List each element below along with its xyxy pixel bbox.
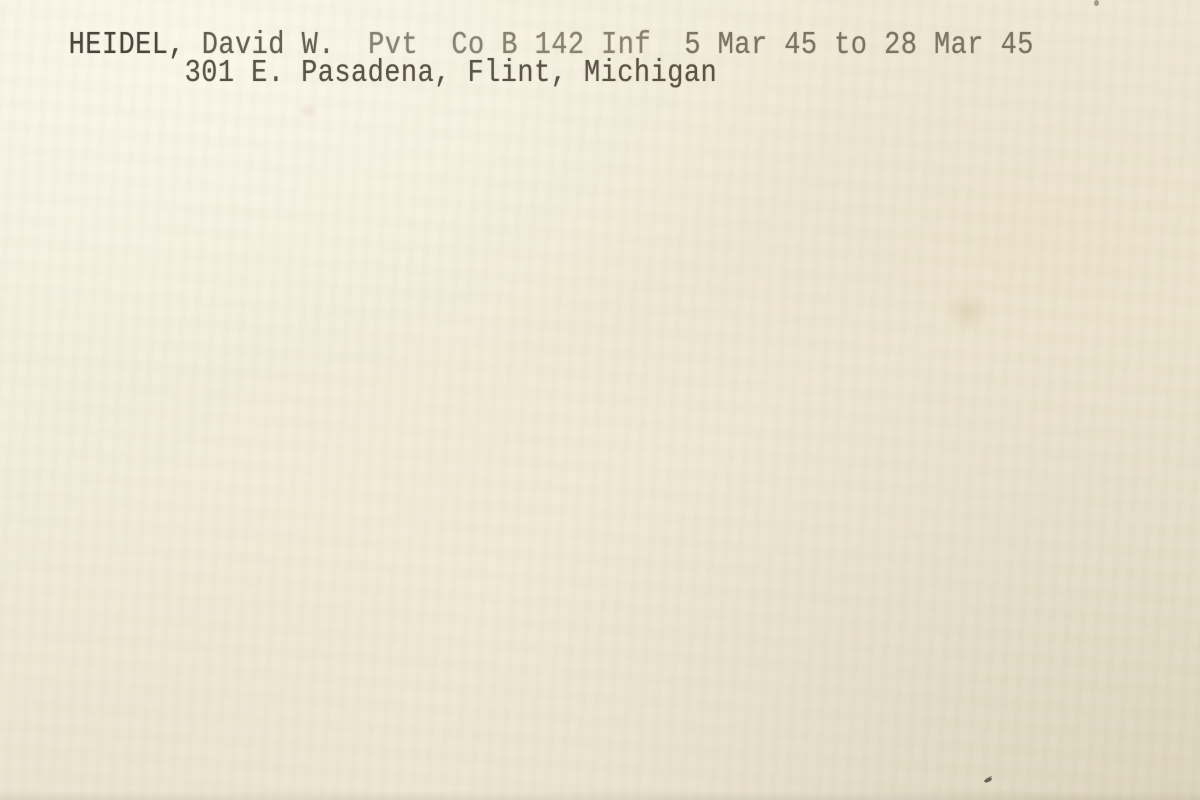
paper-stain <box>938 284 998 339</box>
ink-fleck <box>984 777 993 784</box>
paper-speck-top <box>1094 0 1099 6</box>
scanned-index-card: HEIDEL, David W. Pvt Co B 142 Inf 5 Mar … <box>0 0 1200 800</box>
typed-line-address: 301 E. Pasadena, Flint, Michigan <box>118 21 717 127</box>
address-text: 301 E. Pasadena, Flint, Michigan <box>185 56 718 91</box>
